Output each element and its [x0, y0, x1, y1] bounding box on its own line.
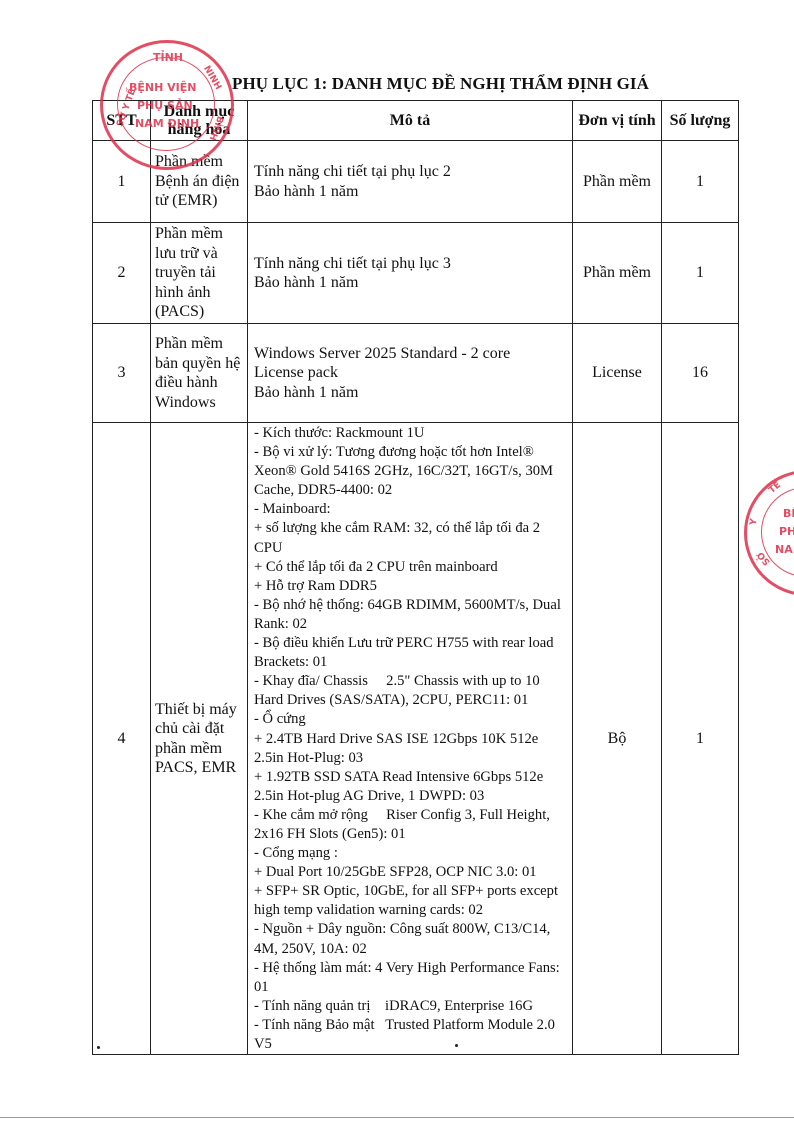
row-unit: License	[573, 324, 662, 423]
stamp-text: PHỤ SẢN	[137, 99, 193, 112]
description-line: - Cổng mạng :	[254, 844, 569, 863]
appraisal-table: STT Danh mục hàng hóa Mô tả Đơn vị tính …	[92, 100, 739, 1055]
description-line: - Ổ cứng	[254, 710, 569, 729]
row-description: Tính năng chi tiết tại phụ lục 2 Bảo hàn…	[248, 141, 573, 223]
description-line: - Bộ điều khiển Lưu trữ PERC H755 with r…	[254, 634, 569, 672]
description-line: - Nguồn + Dây nguồn: Công suất 800W, C13…	[254, 920, 569, 958]
description-line: Tính năng chi tiết tại phụ lục 2	[254, 162, 569, 182]
row-quantity: 1	[662, 423, 739, 1055]
description-line: - Khay đĩa/ Chassis 2.5" Chassis with up…	[254, 672, 569, 710]
hospital-stamp-edge: TẾ Y SỞ BỆ PH NA	[744, 470, 794, 596]
stamp-text: PH	[779, 525, 794, 538]
description-line: - Bộ nhớ hệ thống: 64GB RDIMM, 5600MT/s,…	[254, 596, 569, 634]
description-line: Bảo hành 1 năm	[254, 182, 569, 202]
description-line: - Bộ vi xử lý: Tương đương hoặc tốt hơn …	[254, 443, 569, 500]
row-unit: Bộ	[573, 423, 662, 1055]
row-item-name: Thiết bị máy chủ cài đặt phần mềm PACS, …	[151, 423, 248, 1055]
description-line: Bảo hành 1 năm	[254, 273, 569, 293]
row-stt: 3	[93, 324, 151, 423]
description-line: - Tính năng quản trị iDRAC9, Enterprise …	[254, 997, 569, 1016]
row-quantity: 1	[662, 223, 739, 324]
description-line: + Có thể lắp tối đa 2 CPU trên mainboard	[254, 558, 569, 577]
header-description: Mô tả	[248, 101, 573, 141]
row-description: Windows Server 2025 Standard - 2 core Li…	[248, 324, 573, 423]
stamp-text: Y	[749, 518, 760, 526]
description-line: - Tính năng Bảo mật Trusted Platform Mod…	[254, 1016, 569, 1054]
row-quantity: 1	[662, 141, 739, 223]
scan-speck	[97, 1046, 100, 1049]
row-unit: Phần mềm	[573, 223, 662, 324]
header-unit: Đơn vị tính	[573, 101, 662, 141]
row-stt: 2	[93, 223, 151, 324]
description-line: + số lượng khe cắm RAM: 32, có thể lắp t…	[254, 519, 569, 557]
scan-speck	[455, 1044, 458, 1047]
stamp-text: NA	[775, 543, 793, 556]
page-title: PHỤ LỤC 1: DANH MỤC ĐỀ NGHỊ THẨM ĐỊNH GI…	[232, 74, 649, 94]
description-line: + Hỗ trợ Ram DDR5	[254, 577, 569, 596]
stamp-text: TỈNH	[153, 51, 183, 64]
description-line: - Khe cắm mở rộng Riser Config 3, Full H…	[254, 806, 569, 844]
description-line: Bảo hành 1 năm	[254, 383, 569, 403]
description-line: License pack	[254, 363, 569, 383]
row-stt: 4	[93, 423, 151, 1055]
description-line: + 1.92TB SSD SATA Read Intensive 6Gbps 5…	[254, 768, 569, 806]
header-quantity: Số lượng	[662, 101, 739, 141]
description-line: Tính năng chi tiết tại phụ lục 3	[254, 254, 569, 274]
stamp-text: BỆNH VIỆN	[129, 81, 196, 94]
description-line: + SFP+ SR Optic, 10GbE, for all SFP+ por…	[254, 882, 569, 920]
stamp-text: BỆ	[783, 507, 794, 520]
scan-edge-line	[0, 1117, 794, 1118]
row-description: Tính năng chi tiết tại phụ lục 3 Bảo hàn…	[248, 223, 573, 324]
table-row: 2 Phần mềm lưu trữ và truyền tải hình ản…	[93, 223, 739, 324]
row-unit: Phần mềm	[573, 141, 662, 223]
description-line: + 2.4TB Hard Drive SAS ISE 12Gbps 10K 51…	[254, 730, 569, 768]
description-line: + Dual Port 10/25GbE SFP28, OCP NIC 3.0:…	[254, 863, 569, 882]
row-quantity: 16	[662, 324, 739, 423]
table-row: 4 Thiết bị máy chủ cài đặt phần mềm PACS…	[93, 423, 739, 1055]
row-item-name: Phần mềm lưu trữ và truyền tải hình ảnh …	[151, 223, 248, 324]
row-description: - Kích thước: Rackmount 1U- Bộ vi xử lý:…	[248, 423, 573, 1055]
description-line: - Hệ thống làm mát: 4 Very High Performa…	[254, 959, 569, 997]
description-line: - Kích thước: Rackmount 1U	[254, 424, 569, 443]
hospital-stamp: TỈNH BỆNH VIỆN PHỤ SẢN NAM ĐỊNH SỞ Y TẾ …	[100, 40, 234, 170]
table-row: 3 Phần mềm bản quyền hệ điều hành Window…	[93, 324, 739, 423]
stamp-text: NAM ĐỊNH	[135, 117, 199, 130]
description-line: - Mainboard:	[254, 500, 569, 519]
description-line: Windows Server 2025 Standard - 2 core	[254, 344, 569, 364]
row-item-name: Phần mềm bản quyền hệ điều hành Windows	[151, 324, 248, 423]
